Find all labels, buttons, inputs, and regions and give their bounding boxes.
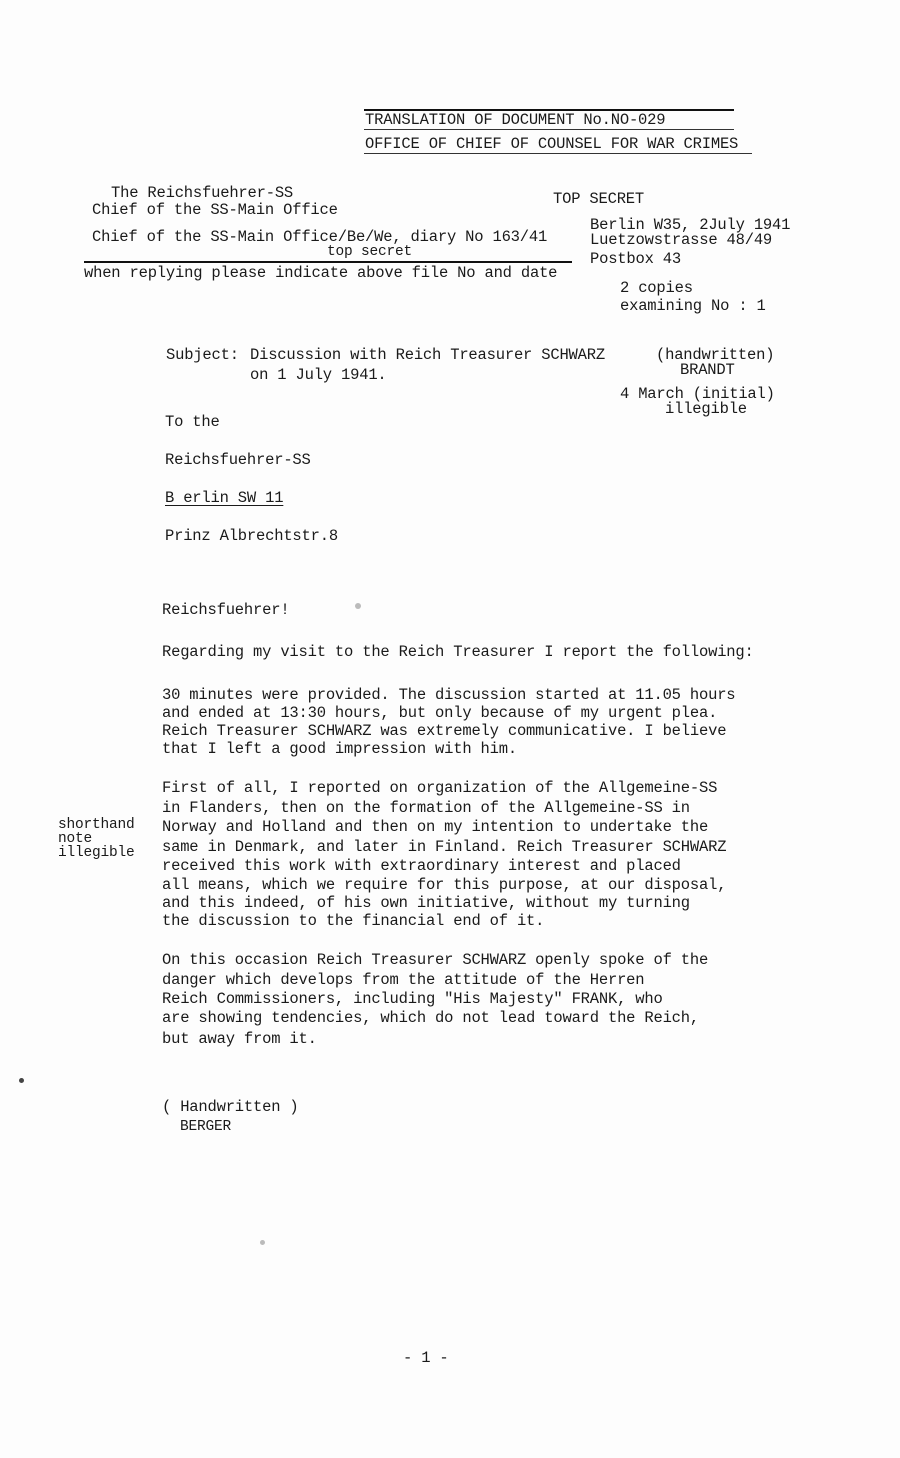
salutation: Reichsfuehrer! (162, 601, 289, 619)
recipient-to: To the (165, 413, 220, 431)
paragraph-line: same in Denmark, and later in Finland. R… (162, 838, 726, 856)
paragraph-line: received this work with extraordinary in… (162, 857, 681, 875)
sender-line1: The Reichsfuehrer-SS (111, 184, 293, 202)
classification-label: TOP SECRET (553, 190, 644, 208)
paragraph-line: First of all, I reported on organization… (162, 779, 717, 797)
office-underline (364, 153, 752, 154)
paragraph-line: and this indeed, of his own initiative, … (162, 894, 690, 912)
postbox: Postbox 43 (590, 250, 681, 268)
handwritten-note-line2: BRANDT (680, 361, 735, 379)
paragraph-line: danger which develops from the attitude … (162, 971, 644, 989)
paragraph-line: Norway and Holland and then on my intent… (162, 818, 708, 836)
margin-note-line: note (58, 832, 92, 846)
paragraph-line: Reich Commissioners, including "His Maje… (162, 990, 663, 1008)
paragraph-line: On this occasion Reich Treasurer SCHWARZ… (162, 951, 708, 969)
sender-line2: Chief of the SS-Main Office (92, 201, 338, 219)
handwritten-note-line4: illegible (665, 400, 747, 418)
translation-title: TRANSLATION OF DOCUMENT No.NO-029 (365, 111, 665, 129)
document-page: TRANSLATION OF DOCUMENT No.NO-029 OFFICE… (0, 0, 900, 1458)
scan-speck (19, 1078, 24, 1083)
file-reference-rule (84, 261, 572, 263)
file-reference: Chief of the SS-Main Office/Be/We, diary… (92, 228, 547, 246)
subject-label: Subject: (166, 346, 239, 364)
subject-line1: Discussion with Reich Treasurer SCHWARZ (250, 346, 605, 364)
paragraph-line: all means, which we require for this pur… (162, 876, 726, 894)
recipient-name: Reichsfuehrer-SS (165, 451, 311, 469)
recipient-street: Prinz Albrechtstr.8 (165, 527, 338, 545)
paragraph-line: in Flanders, then on the formation of th… (162, 799, 690, 817)
paragraph-line: and ended at 13:30 hours, but only becau… (162, 704, 717, 722)
paragraph-line: Reich Treasurer SCHWARZ was extremely co… (162, 722, 726, 740)
paragraph-line: 30 minutes were provided. The discussion… (162, 686, 735, 704)
scan-speck (355, 603, 361, 609)
copies-count: 2 copies (620, 279, 693, 297)
margin-note-line: illegible (58, 846, 135, 860)
file-reference-note: top secret (327, 245, 412, 259)
paragraph-line: are showing tendencies, which do not lea… (162, 1009, 699, 1027)
paragraph-line: but away from it. (162, 1030, 317, 1048)
paragraph-line: the discussion to the financial end of i… (162, 912, 544, 930)
header-mid-rule (364, 129, 734, 130)
body-intro: Regarding my visit to the Reich Treasure… (162, 643, 754, 661)
office-title: OFFICE OF CHIEF OF COUNSEL FOR WAR CRIME… (365, 135, 738, 153)
copies-examining: examining No : 1 (620, 297, 766, 315)
street-address: Luetzowstrasse 48/49 (590, 231, 772, 249)
signature-name: BERGER (180, 1120, 231, 1134)
subject-line2: on 1 July 1941. (250, 366, 387, 384)
margin-note-line: shorthand (58, 818, 135, 832)
paragraph-line: that I left a good impression with him. (162, 740, 517, 758)
scan-speck (260, 1240, 265, 1245)
signature-note: ( Handwritten ) (162, 1098, 299, 1116)
recipient-city: B erlin SW 11 (165, 489, 283, 507)
page-number: - 1 - (403, 1349, 449, 1367)
reply-instruction: when replying please indicate above file… (84, 264, 557, 282)
